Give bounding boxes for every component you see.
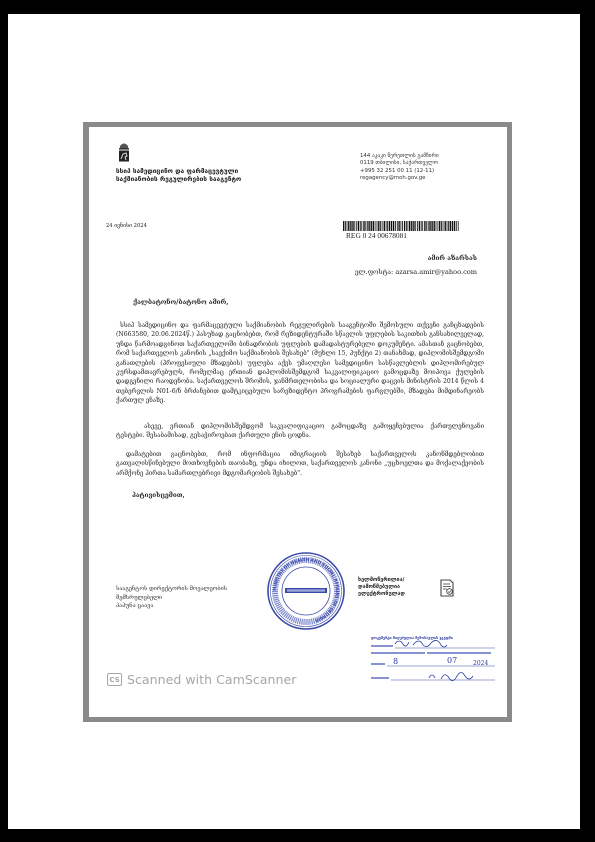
salutation: ქალბატონო/ბატონო ამირ, [133, 298, 228, 306]
org-name-line1: სსიპ სამედიცინო და ფარმაცევტული [116, 168, 241, 176]
closing: პატივისცემით, [132, 492, 185, 499]
organization-name: სსიპ სამედიცინო და ფარმაცევტული საქმიანო… [116, 168, 241, 184]
signer-title-line2: შემსრულებელი [116, 594, 227, 603]
body-paragraph-1: სსიპ სამედიცინო და ფარმაცევტული საქმიანო… [116, 321, 484, 406]
signer-block: სააგენტოს დირექტორის მოვალეობის შემსრულე… [116, 585, 227, 611]
camscanner-logo-icon: CS [107, 673, 122, 686]
stamp-year: 2024 [473, 660, 488, 667]
phone: +995 32 251 00 11 (12-11) [360, 168, 439, 175]
camscanner-watermark: CS Scanned with CamScanner [107, 672, 296, 687]
camscanner-text: Scanned with CamScanner [127, 672, 296, 687]
letter-date: 24 ივნისი 2024 [106, 223, 147, 229]
esign-line3: ელექტრონულად [358, 591, 405, 598]
electronic-signature-label: ხელმოწერილია/ დამოწმებულია ელექტრონულად [358, 577, 405, 598]
scanned-letter: სსიპ სამედიცინო და ფარმაცევტული საქმიანო… [83, 122, 512, 722]
recipient-name: ამირ აზარსას [428, 254, 477, 262]
signed-document-icon [439, 578, 455, 598]
signer-name: პაპუნა ცაავა [116, 602, 227, 611]
received-stamp: დოკუმენტი მიღებულია შემოსავლის ჯგუფში 8 … [369, 633, 499, 691]
org-name-line2: საქმიანობის რეგულირების სააგენტო [116, 176, 241, 184]
barcode [343, 221, 459, 231]
stamp-header: დოკუმენტი მიღებულია შემოსავლის ჯგუფში [371, 636, 453, 640]
stamp-day: 8 [393, 657, 398, 666]
page-sheet: სსიპ სამედიცინო და ფარმაცევტული საქმიანო… [8, 14, 580, 829]
registration-number: REG 0 24 00678081 [346, 231, 407, 240]
address-line2: 0119 თბილისი, საქართველო [360, 160, 439, 167]
stamp-month: 07 [447, 656, 457, 665]
official-seal: MINISTRY OF HEALTH AND SOCIAL AFFAIRS OF… [266, 551, 346, 631]
body-paragraph-3: დამატებით გაცნობებთ, რომ ინფორმაცია იმიგ… [116, 450, 484, 478]
esign-line2: დამოწმებულია [358, 584, 405, 591]
agency-email: regagency@moh.gov.ge [360, 175, 439, 182]
esign-line1: ხელმოწერილია/ [358, 577, 405, 584]
georgian-coat-of-arms-icon [117, 141, 131, 163]
recipient-email: ელ.ფოსტა: azarsa.amir@yahoo.com [355, 268, 477, 276]
signer-title-line1: სააგენტოს დირექტორის მოვალეობის [116, 585, 227, 594]
body-paragraph-2: ასევე, ერთიან დიპლომისშემდგომ საკვალიფიკ… [116, 422, 484, 441]
contact-block: 144 აკაკი წერეთლის გამზირი 0119 თბილისი,… [360, 153, 439, 183]
